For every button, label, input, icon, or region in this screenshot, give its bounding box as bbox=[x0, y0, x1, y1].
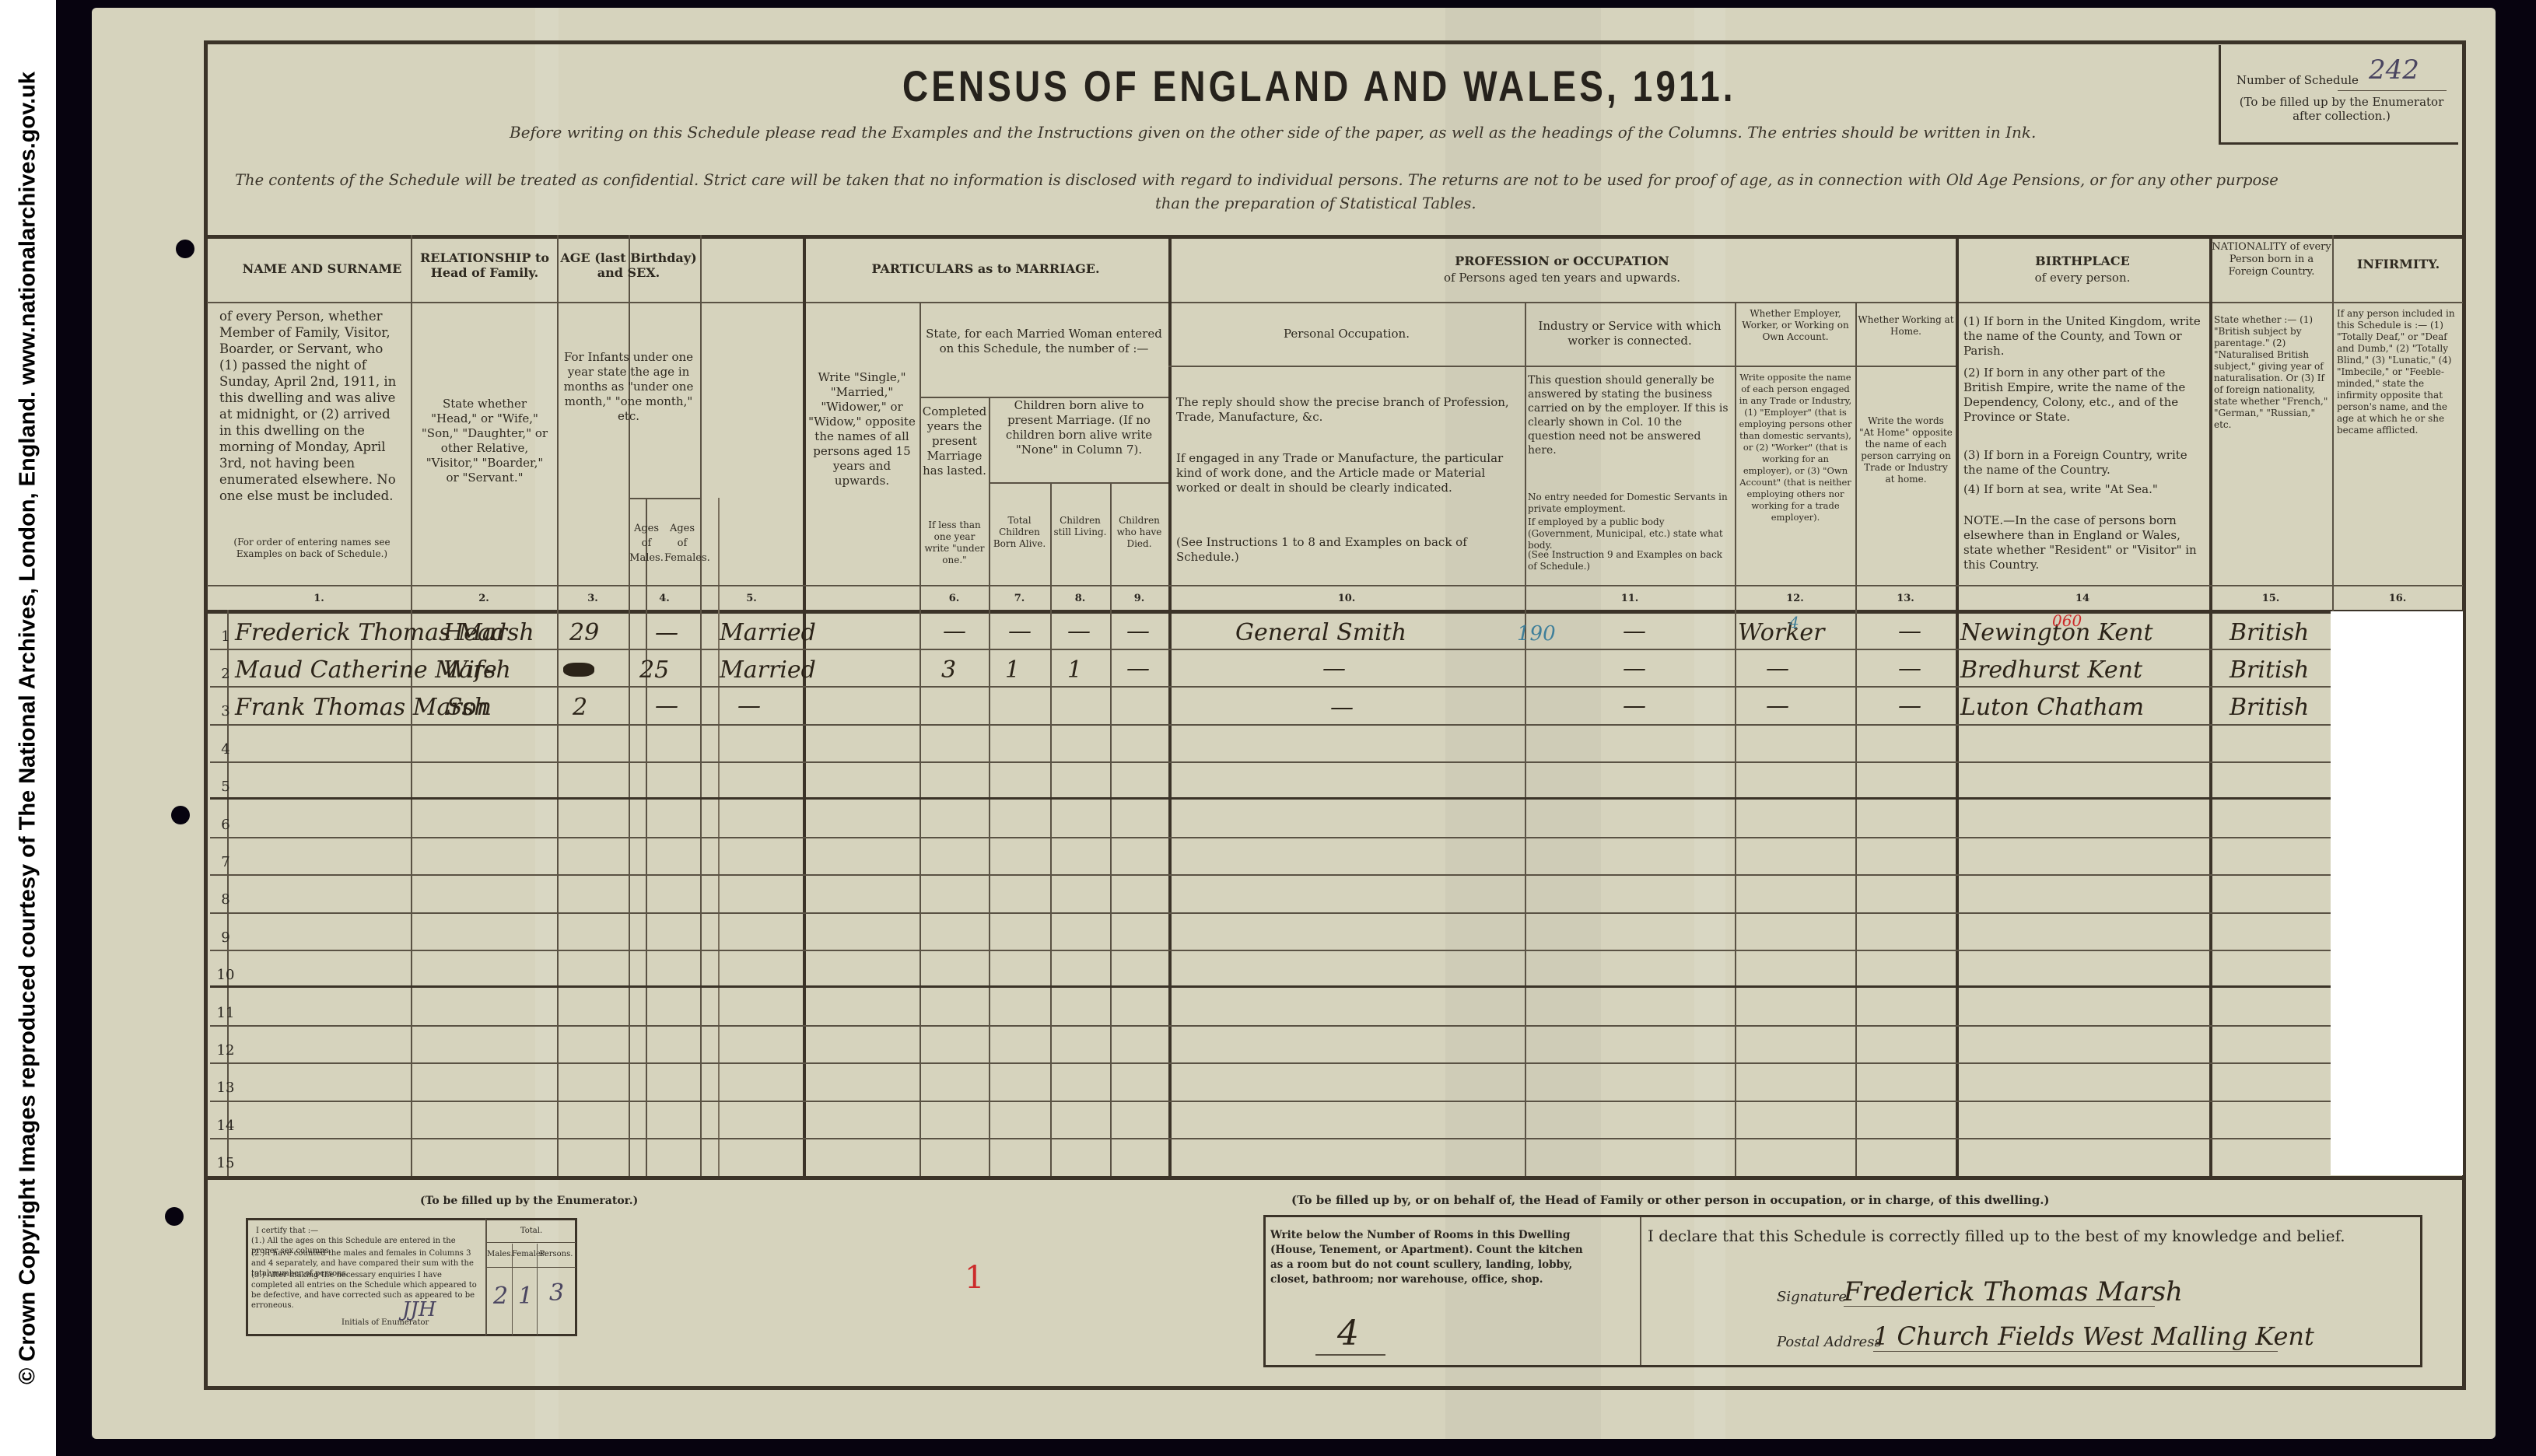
cell-age-male[interactable]: 2 bbox=[573, 694, 587, 721]
heading-ages-females: Ages of Females. bbox=[664, 521, 700, 565]
note-years-married: If less than one year write "under one." bbox=[921, 520, 988, 566]
col-number-16: 16. bbox=[2332, 593, 2463, 604]
col-number-13: 13. bbox=[1855, 593, 1956, 604]
cell-employer[interactable]: — bbox=[1766, 655, 1789, 682]
col-number-14: 14 bbox=[1956, 593, 2209, 604]
col-number-7: 7. bbox=[989, 593, 1050, 604]
punch-hole-bottom bbox=[165, 1207, 184, 1226]
row-number: 11 bbox=[216, 1005, 235, 1021]
row-number: 1 bbox=[216, 628, 235, 645]
declaration-text: I declare that this Schedule is correctl… bbox=[1648, 1227, 2345, 1245]
instructions-married-woman: State, for each Married Woman entered on… bbox=[926, 327, 1162, 356]
col-number-10: 10. bbox=[1168, 593, 1525, 604]
heading-relationship: RELATIONSHIP to Head of Family. bbox=[412, 250, 557, 280]
rooms-instructions: Write below the Number of Rooms in this … bbox=[1270, 1228, 1597, 1287]
col-number-6: 6. bbox=[919, 593, 989, 604]
copyright-notice: © Crown Copyright Images reproduced cour… bbox=[16, 72, 41, 1384]
signature-value[interactable]: Frederick Thomas Marsh bbox=[1844, 1276, 2183, 1307]
instructions-industry-4: (See Instruction 9 and Examples on back … bbox=[1528, 549, 1732, 572]
cell-employer-code: 4 bbox=[1789, 613, 1799, 632]
cell-at-home[interactable]: — bbox=[1898, 655, 1921, 682]
enumerator-certificate-box: I certify that :— (1.) All the ages on t… bbox=[246, 1218, 487, 1336]
instructions-occupation-1: The reply should show the precise branch… bbox=[1176, 395, 1518, 425]
cell-industry[interactable]: — bbox=[1623, 618, 1646, 645]
instructions-birthplace-2: (2) If born in any other part of the Bri… bbox=[1963, 366, 2201, 425]
cell-total-children[interactable]: — bbox=[1008, 618, 1032, 645]
instructions-birthplace-1: (1) If born in the United Kingdom, write… bbox=[1963, 314, 2201, 359]
row-number: 2 bbox=[216, 666, 235, 682]
enumerator-caption: (To be filled up by the Enumerator.) bbox=[420, 1195, 638, 1207]
instructions-name: of every Person, whether Member of Famil… bbox=[219, 308, 405, 504]
heading-personal-occupation: Personal Occupation. bbox=[1168, 327, 1525, 341]
cell-marital-status[interactable]: Married bbox=[720, 619, 816, 646]
instructions-industry-1: This question should generally be answer… bbox=[1528, 373, 1732, 457]
row-number: 6 bbox=[216, 817, 235, 833]
col-number-9: 9. bbox=[1110, 593, 1168, 604]
punch-hole-top bbox=[176, 240, 194, 258]
instructions-occupation-3: (See Instructions 1 to 8 and Examples on… bbox=[1176, 535, 1518, 565]
cell-employer[interactable]: Worker bbox=[1738, 619, 1824, 646]
row-number: 8 bbox=[216, 891, 235, 908]
cell-birthplace[interactable]: Luton Chatham bbox=[1960, 694, 2144, 721]
note-name: (For order of entering names see Example… bbox=[219, 537, 405, 560]
cell-years-married[interactable]: — bbox=[943, 618, 966, 645]
heading-industry: Industry or Service with which worker is… bbox=[1528, 319, 1732, 348]
cell-children-living[interactable]: — bbox=[1067, 618, 1091, 645]
heading-employer: Whether Employer, Worker, or Working on … bbox=[1736, 308, 1855, 343]
rooms-value[interactable]: 4 bbox=[1337, 1314, 1359, 1353]
schedule-number-box: Number of Schedule 242 (To be filled up … bbox=[2219, 45, 2458, 145]
cell-nationality[interactable]: British bbox=[2230, 619, 2309, 646]
cell-relationship[interactable]: Wife bbox=[443, 656, 497, 684]
note-birthplace: NOTE.—In the case of persons born elsewh… bbox=[1963, 513, 2201, 572]
row-number: 9 bbox=[216, 929, 235, 946]
cell-age-female[interactable]: — bbox=[655, 619, 678, 646]
persons-label: Persons. bbox=[537, 1248, 576, 1260]
cell-age-female[interactable]: 25 bbox=[639, 656, 669, 684]
postal-address-value[interactable]: 1 Church Fields West Malling Kent bbox=[1873, 1321, 2314, 1351]
cell-relationship[interactable]: Head bbox=[443, 619, 506, 646]
col-number-3: 3. bbox=[557, 593, 629, 604]
cell-industry[interactable]: — bbox=[1623, 655, 1646, 682]
col-number-1: 1. bbox=[227, 593, 411, 604]
heading-ages-males: Ages of Males. bbox=[629, 521, 664, 565]
totals-box: Total. Males. Females. Persons. 2 1 3 bbox=[485, 1218, 577, 1336]
heading-occupation: PROFESSION or OCCUPATION bbox=[1168, 254, 1956, 268]
cell-at-home[interactable]: — bbox=[1898, 618, 1921, 645]
cell-nationality[interactable]: British bbox=[2230, 694, 2309, 721]
heading-nationality: NATIONALITY of every Person born in a Fo… bbox=[2211, 241, 2332, 278]
instructions-relationship: State whether "Head," or "Wife," "Son," … bbox=[420, 397, 549, 485]
col-number-15: 15. bbox=[2209, 593, 2332, 604]
row-number: 3 bbox=[216, 703, 235, 719]
certify-text: I certify that :— bbox=[256, 1225, 318, 1237]
col-number-11: 11. bbox=[1525, 593, 1735, 604]
cell-occupation[interactable]: — bbox=[1330, 694, 1354, 721]
schedule-number-value[interactable]: 242 bbox=[2369, 54, 2419, 86]
copyright-sidebar: © Crown Copyright Images reproduced cour… bbox=[0, 0, 56, 1456]
col-number-12: 12. bbox=[1735, 593, 1855, 604]
instructions-industry-3: If employed by a public body (Government… bbox=[1528, 516, 1732, 551]
instructions-at-home: Write the words "At Home" opposite the n… bbox=[1859, 415, 1953, 485]
totals-label: Total. bbox=[487, 1225, 576, 1237]
cell-children-died[interactable]: — bbox=[1126, 655, 1150, 682]
row-number: 13 bbox=[216, 1080, 235, 1096]
heading-name: NAME AND SURNAME bbox=[233, 261, 411, 276]
row-number: 10 bbox=[216, 967, 235, 983]
col-number-4: 4. bbox=[629, 593, 700, 604]
total-females[interactable]: 1 bbox=[518, 1283, 533, 1310]
confidential-line-1: The contents of the Schedule will be tre… bbox=[235, 171, 2279, 189]
instructions-infirmity: If any person included in this Schedule … bbox=[2337, 308, 2460, 436]
heading-years-married: Completed years the present Marriage has… bbox=[921, 404, 988, 478]
schedule-number-label: Number of Schedule bbox=[2237, 73, 2359, 87]
heading-children-born: Children born alive to present Marriage.… bbox=[991, 398, 1167, 457]
instructions-nationality: State whether :— (1) "British subject by… bbox=[2214, 314, 2331, 431]
subheading-occupation: of Persons aged ten years and upwards. bbox=[1168, 271, 1956, 285]
row-number: 12 bbox=[216, 1042, 235, 1059]
instruction-line: Before writing on this Schedule please r… bbox=[510, 123, 2036, 142]
heading-age: AGE (last Birthday) and SEX. bbox=[557, 250, 700, 280]
red-tally-mark: 1 bbox=[965, 1260, 984, 1296]
row-number: 15 bbox=[216, 1155, 235, 1171]
row-number: 5 bbox=[216, 779, 235, 795]
cell-years-married[interactable]: 3 bbox=[941, 656, 956, 684]
cell-marital-status[interactable]: — bbox=[737, 692, 761, 719]
cell-occupation[interactable]: — bbox=[1322, 655, 1346, 682]
declaration-box: I declare that this Schedule is correctl… bbox=[1640, 1215, 2422, 1367]
cell-relationship[interactable]: Son bbox=[447, 694, 492, 721]
cell-birthplace-code: 060 bbox=[2052, 611, 2082, 630]
cell-birthplace[interactable]: Bredhurst Kent bbox=[1960, 656, 2142, 684]
row-number: 14 bbox=[216, 1118, 235, 1134]
instructions-employer: Write opposite the name of each person e… bbox=[1736, 372, 1855, 523]
postal-address-label: Postal Address bbox=[1777, 1334, 1882, 1350]
cell-children-died[interactable]: — bbox=[1126, 618, 1150, 645]
instructions-age: For Infants under one year state the age… bbox=[562, 350, 695, 424]
cell-at-home[interactable]: — bbox=[1898, 692, 1921, 719]
cell-age-male[interactable]: 29 bbox=[569, 619, 599, 646]
initials-value[interactable]: JJH bbox=[402, 1298, 436, 1321]
crossed-out-age-mark bbox=[563, 663, 594, 677]
heading-at-home: Whether Working at Home. bbox=[1856, 314, 1956, 338]
instructions-marital-status: Write "Single," "Married," "Widower," or… bbox=[806, 370, 918, 488]
schedule-number-note: (To be filled up by the Enumerator after… bbox=[2229, 95, 2454, 123]
col-number-2: 2. bbox=[411, 593, 557, 604]
heading-marriage: PARTICULARS as to MARRIAGE. bbox=[803, 261, 1168, 276]
heading-total-children: Total Children Born Alive. bbox=[989, 515, 1050, 550]
males-label: Males. bbox=[487, 1248, 512, 1260]
instructions-occupation-2: If engaged in any Trade or Manufacture, … bbox=[1176, 451, 1518, 495]
confidential-line-2: than the preparation of Statistical Tabl… bbox=[1155, 194, 1476, 212]
col-number-5: 5. bbox=[700, 593, 803, 604]
col-number-8: 8. bbox=[1050, 593, 1110, 604]
head-caption: (To be filled up by, or on behalf of, th… bbox=[1291, 1193, 2050, 1207]
heading-children-living: Children still Living. bbox=[1050, 515, 1110, 538]
heading-infirmity: INFIRMITY. bbox=[2334, 257, 2463, 271]
cell-industry[interactable]: — bbox=[1623, 692, 1646, 719]
page-title: CENSUS OF ENGLAND AND WALES, 1911. bbox=[902, 61, 1736, 111]
cell-employer[interactable]: — bbox=[1766, 692, 1789, 719]
cell-marital-status[interactable]: Married bbox=[720, 656, 816, 684]
redacted-infirmity-column bbox=[2331, 611, 2463, 1175]
certify-item-3: (3.) After making the necessary enquirie… bbox=[251, 1270, 485, 1311]
instructions-industry-2: No entry needed for Domestic Servants in… bbox=[1528, 492, 1732, 515]
instructions-birthplace-3: (3) If born in a Foreign Country, write … bbox=[1963, 448, 2201, 478]
row-number: 7 bbox=[216, 854, 235, 870]
females-label: Females. bbox=[512, 1248, 537, 1260]
cell-occupation-code: 190 bbox=[1517, 622, 1556, 646]
cell-children-living[interactable]: 1 bbox=[1067, 656, 1082, 684]
heading-children-died: Children who have Died. bbox=[1110, 515, 1168, 550]
total-males[interactable]: 2 bbox=[493, 1283, 508, 1310]
cell-nationality[interactable]: British bbox=[2230, 656, 2309, 684]
rooms-box: Write below the Number of Rooms in this … bbox=[1263, 1215, 1641, 1367]
cell-occupation[interactable]: General Smith bbox=[1235, 619, 1406, 646]
punch-hole-middle bbox=[171, 806, 190, 824]
cell-age-female[interactable]: — bbox=[655, 692, 678, 719]
instructions-birthplace-4: (4) If born at sea, write "At Sea." bbox=[1963, 482, 2201, 497]
heading-birthplace: BIRTHPLACE bbox=[1956, 254, 2209, 268]
total-persons[interactable]: 3 bbox=[549, 1279, 564, 1307]
subheading-birthplace: of every person. bbox=[1956, 271, 2209, 285]
cell-total-children[interactable]: 1 bbox=[1005, 656, 1020, 684]
row-number: 4 bbox=[216, 741, 235, 758]
signature-label: Signature bbox=[1777, 1289, 1847, 1305]
